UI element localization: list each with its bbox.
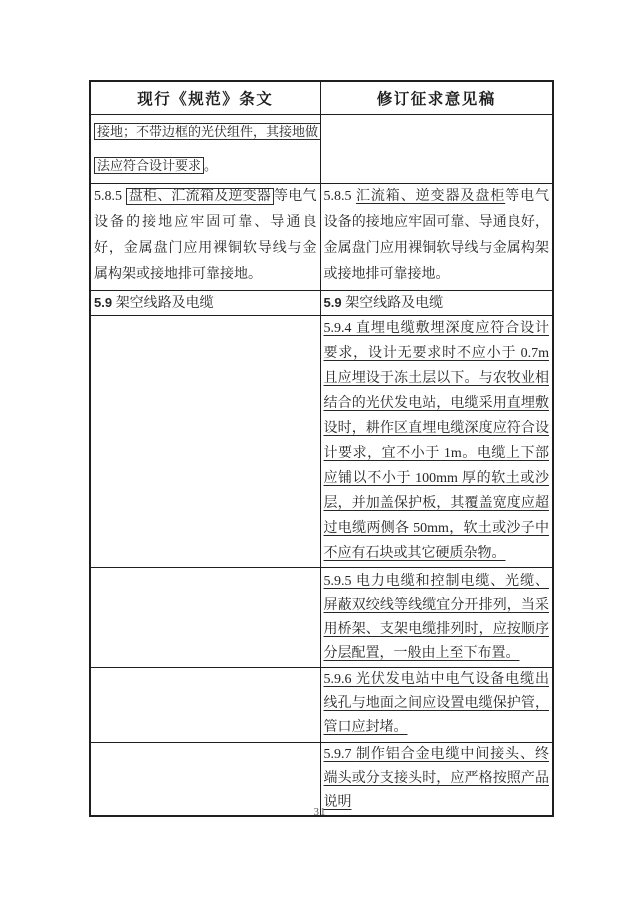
clause-text: 电力电缆和控制电缆、光缆、屏蔽双绞线等线缆宜分开排列，当采用桥架、支架电缆排列时…: [324, 574, 550, 661]
table-row: 5.9.6 光伏发电站中电气设备电缆出线孔与地面之间应设置电缆保护管，管口应封堵…: [90, 668, 553, 743]
page-number: 31: [0, 806, 640, 818]
table-row: 5.8.5 盘柜、汇流箱及逆变器等电气设备的接地应牢固可靠、导通良好，金属盘门应…: [90, 184, 553, 291]
cell-current-empty: [90, 743, 320, 817]
deleted-text-box: 接地；不带边框的光伏组件，其接地做: [94, 123, 320, 140]
clause-number: 5.8.5: [94, 189, 126, 204]
clause-text: 光伏发电站中电气设备电缆出线孔与地面之间应设置电缆保护管，管口应封堵。: [324, 672, 550, 735]
clause-paragraph: 接地；不带边框的光伏组件，其接地做 法应符合设计要求。: [94, 115, 317, 183]
table-row: 5.9 架空线路及电缆 5.9 架空线路及电缆: [90, 291, 553, 316]
document-page: 现行《规范》条文 修订征求意见稿 接地；不带边框的光伏组件，其接地做 法应符合设…: [0, 0, 640, 905]
cell-current-5-8-5: 5.8.5 盘柜、汇流箱及逆变器等电气设备的接地应牢固可靠、导通良好，金属盘门应…: [90, 184, 320, 291]
clause-number: 5.9.6: [324, 672, 356, 687]
header-cell-revision-draft: 修订征求意见稿: [320, 81, 553, 115]
header-cell-current-spec: 现行《规范》条文: [90, 81, 320, 115]
clause-number: 5.9.4: [324, 321, 356, 336]
clause-text: 直埋电缆敷埋深度应符合设计要求，设计无要求时不应小于 0.7m 且应埋设于冻土层…: [324, 321, 550, 561]
cell-revision-5-9-6: 5.9.6 光伏发电站中电气设备电缆出线孔与地面之间应设置电缆保护管，管口应封堵…: [320, 668, 553, 743]
clause-number: 5.8.5: [324, 189, 356, 204]
clause-paragraph: 5.8.5 汇流箱、逆变器及盘柜等电气设备的接地应牢固可靠、导通良好，金属盘门应…: [324, 184, 550, 288]
cell-revision-5-8-5: 5.8.5 汇流箱、逆变器及盘柜等电气设备的接地应牢固可靠、导通良好，金属盘门应…: [320, 184, 553, 291]
cell-revision-5-9-5: 5.9.5 电力电缆和控制电缆、光缆、屏蔽双绞线等线缆宜分开排列，当采用桥架、支…: [320, 568, 553, 668]
inserted-clause-paragraph: 5.9.6 光伏发电站中电气设备电缆出线孔与地面之间应设置电缆保护管，管口应封堵…: [324, 668, 550, 740]
cell-current-5-9-heading: 5.9 架空线路及电缆: [90, 291, 320, 316]
section-heading: 5.9 架空线路及电缆: [94, 291, 317, 315]
clause-number: 5.9.5: [324, 574, 356, 589]
cell-current-empty: [90, 668, 320, 743]
section-title: 架空线路及电缆: [116, 296, 214, 311]
clause-text: 。: [204, 158, 217, 173]
comparison-table: 现行《规范》条文 修订征求意见稿 接地；不带边框的光伏组件，其接地做 法应符合设…: [89, 80, 554, 817]
table-header-row: 现行《规范》条文 修订征求意见稿: [90, 81, 553, 115]
cell-current-empty: [90, 568, 320, 668]
section-number: 5.9: [324, 295, 346, 310]
table-row: 5.9.5 电力电缆和控制电缆、光缆、屏蔽双绞线等线缆宜分开排列，当采用桥架、支…: [90, 568, 553, 668]
cell-revision-5-9-4: 5.9.4 直埋电缆敷埋深度应符合设计要求，设计无要求时不应小于 0.7m 且应…: [320, 316, 553, 568]
inserted-clause-paragraph: 5.9.5 电力电缆和控制电缆、光缆、屏蔽双绞线等线缆宜分开排列，当采用桥架、支…: [324, 568, 550, 666]
section-title: 架空线路及电缆: [345, 296, 443, 311]
cell-revision-empty: [320, 115, 553, 184]
inserted-clause-paragraph: 5.9.4 直埋电缆敷埋深度应符合设计要求，设计无要求时不应小于 0.7m 且应…: [324, 316, 550, 566]
section-number: 5.9: [94, 295, 116, 310]
table-row: 5.9.7 制作铝合金电缆中间接头、终端头或分支接头时，应严格按照产品说明: [90, 743, 553, 817]
clause-number: 5.9.7: [324, 747, 356, 762]
clause-text: 制作铝合金电缆中间接头、终端头或分支接头时，应严格按照产品说明: [324, 747, 550, 810]
table-row: 接地；不带边框的光伏组件，其接地做 法应符合设计要求。: [90, 115, 553, 184]
section-heading: 5.9 架空线路及电缆: [324, 291, 550, 315]
cell-revision-5-9-7: 5.9.7 制作铝合金电缆中间接头、终端头或分支接头时，应严格按照产品说明: [320, 743, 553, 817]
deleted-text-box: 盘柜、汇流箱及逆变器: [126, 188, 274, 205]
inserted-text-underline: 汇流箱、逆变器及盘柜: [356, 189, 505, 204]
cell-revision-5-9-heading: 5.9 架空线路及电缆: [320, 291, 553, 316]
cell-current-carryover: 接地；不带边框的光伏组件，其接地做 法应符合设计要求。: [90, 115, 320, 184]
clause-paragraph: 5.8.5 盘柜、汇流箱及逆变器等电气设备的接地应牢固可靠、导通良好，金属盘门应…: [94, 184, 317, 288]
cell-current-empty: [90, 316, 320, 568]
inserted-clause-paragraph: 5.9.7 制作铝合金电缆中间接头、终端头或分支接头时，应严格按照产品说明: [324, 743, 550, 815]
table-row: 5.9.4 直埋电缆敷埋深度应符合设计要求，设计无要求时不应小于 0.7m 且应…: [90, 316, 553, 568]
deleted-text-box: 法应符合设计要求: [94, 157, 204, 174]
